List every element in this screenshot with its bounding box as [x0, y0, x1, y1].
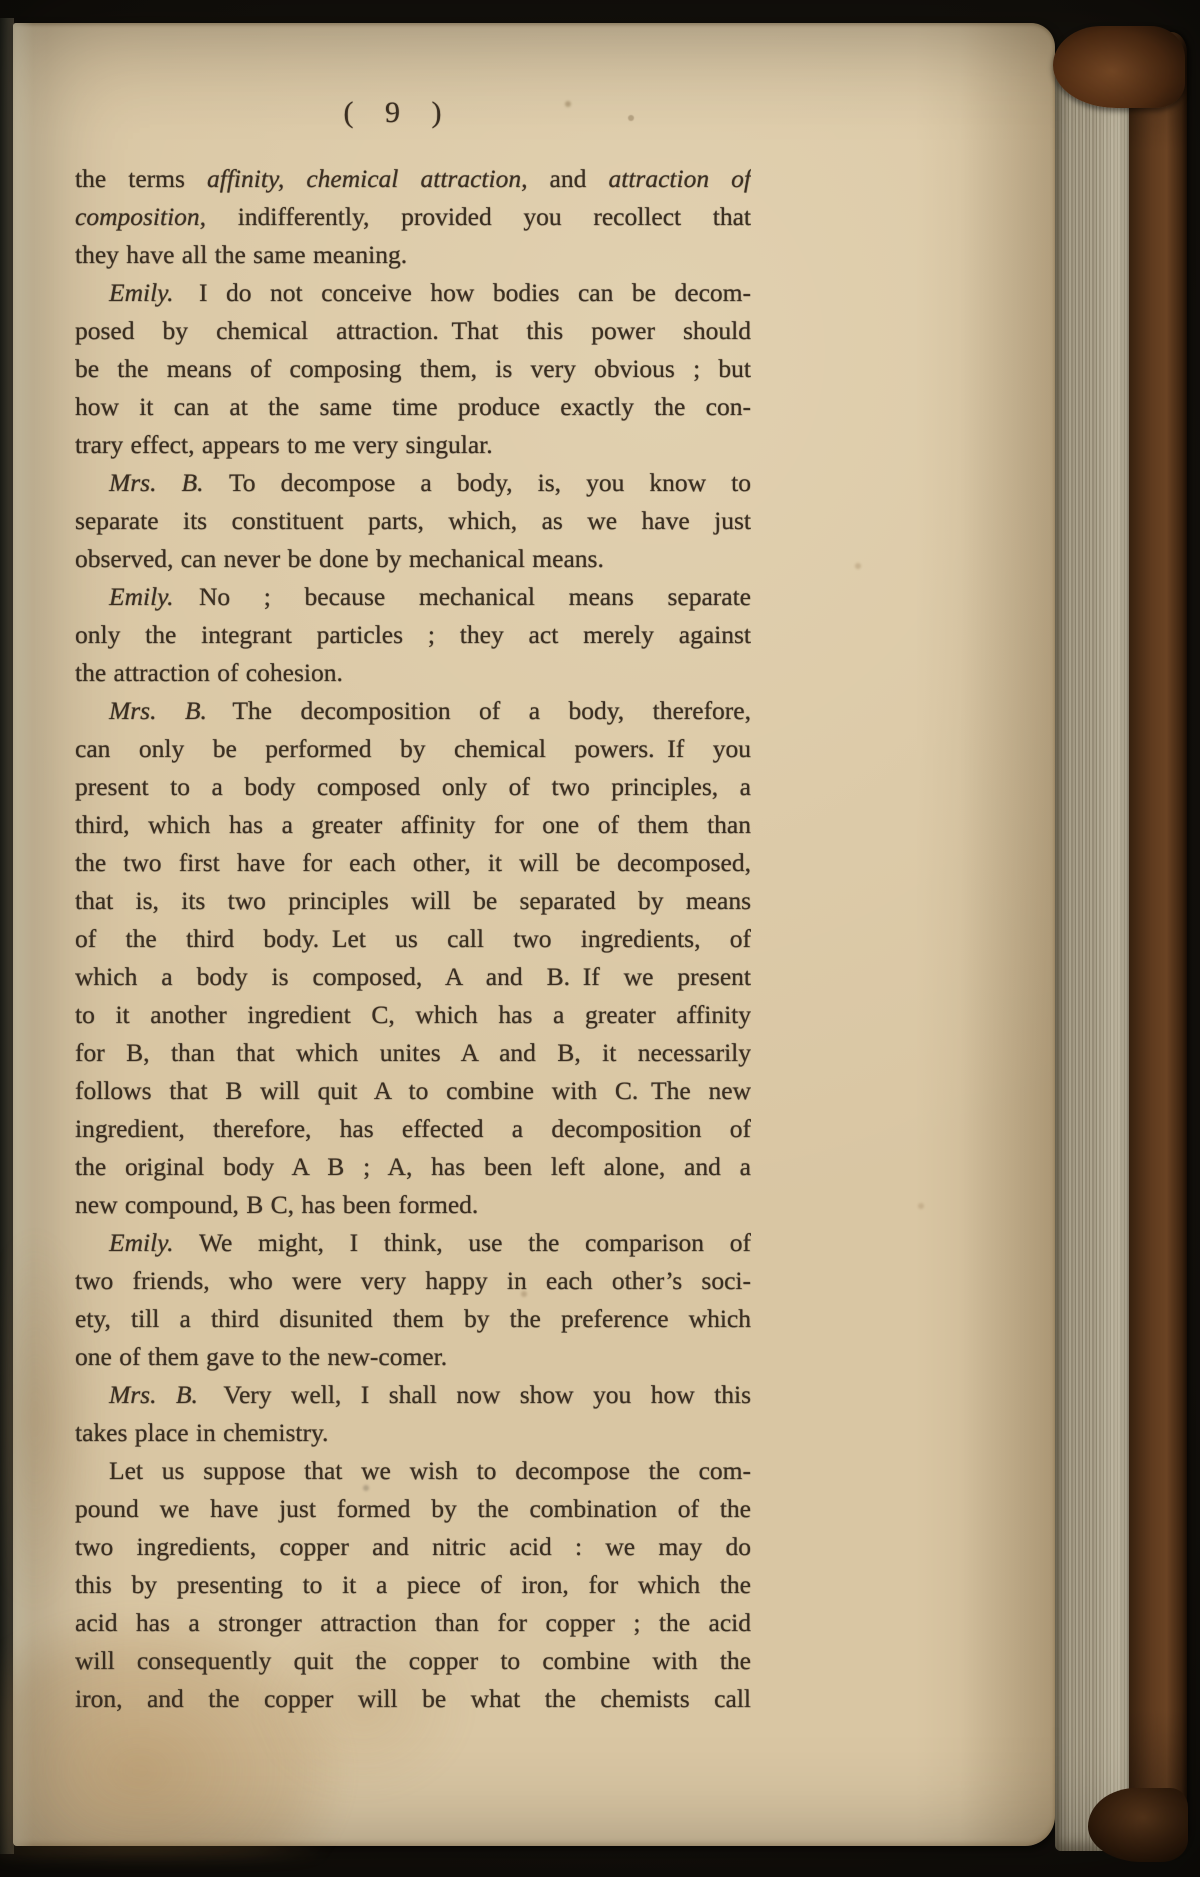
text-line: Emily. No ; because mechanical means sep…: [75, 578, 751, 616]
text-line: ety, till a third disunited them by the …: [75, 1300, 751, 1338]
text-line: observed, can never be done by mechanica…: [75, 540, 751, 578]
text-block: the terms affinity, chemical attraction,…: [75, 160, 751, 1718]
text-line: composition, indifferently, provided you…: [75, 198, 751, 236]
text-line: two ingredients, copper and nitric acid …: [75, 1528, 751, 1566]
text-line: two friends, who were very happy in each…: [75, 1262, 751, 1300]
text-line: that is, its two principles will be sepa…: [75, 882, 751, 920]
text-line: trary effect, appears to me very singula…: [75, 426, 751, 464]
text-line: Emily. We might, I think, use the compar…: [75, 1224, 751, 1262]
text-line: third, which has a greater affinity for …: [75, 806, 751, 844]
text-line: the attraction of cohesion.: [75, 654, 751, 692]
text-line: the terms affinity, chemical attraction,…: [75, 160, 751, 198]
page-edge-highlight: [13, 23, 33, 1846]
text-line: new compound, B C, has been formed.: [75, 1186, 751, 1224]
text-line: Emily. I do not conceive how bodies can …: [75, 274, 751, 312]
text-line: pound we have just formed by the combina…: [75, 1490, 751, 1528]
text-line: they have all the same meaning.: [75, 236, 751, 274]
text-line: iron, and the copper will be what the ch…: [75, 1680, 751, 1718]
text-line: of the third body. Let us call two ingre…: [75, 920, 751, 958]
book-page: ( 9 ) the terms affinity, chemical attra…: [13, 23, 1055, 1846]
text-line: the original body A B ; A, has been left…: [75, 1148, 751, 1186]
paper-specks: [13, 23, 19, 29]
text-line: how it can at the same time produce exac…: [75, 388, 751, 426]
text-line: to it another ingredient C, which has a …: [75, 996, 751, 1034]
text-line: Mrs. B. The decomposition of a body, the…: [75, 692, 751, 730]
text-line: for B, than that which unites A and B, i…: [75, 1034, 751, 1072]
text-line: one of them gave to the new-comer.: [75, 1338, 751, 1376]
text-line: posed by chemical attraction. That this …: [75, 312, 751, 350]
page-curvature-shadow: [915, 23, 1055, 1846]
text-line: the two first have for each other, it wi…: [75, 844, 751, 882]
text-line: can only be performed by chemical powers…: [75, 730, 751, 768]
text-line: ingredient, therefore, has effected a de…: [75, 1110, 751, 1148]
text-line: Mrs. B. To decompose a body, is, you kno…: [75, 464, 751, 502]
text-line: only the integrant particles ; they act …: [75, 616, 751, 654]
text-line: this by presenting to it a piece of iron…: [75, 1566, 751, 1604]
text-line: separate its constituent parts, which, a…: [75, 502, 751, 540]
text-line: Mrs. B. Very well, I shall now show you …: [75, 1376, 751, 1414]
text-line: be the means of composing them, is very …: [75, 350, 751, 388]
text-line: will consequently quit the copper to com…: [75, 1642, 751, 1680]
fore-edge-pages: [1055, 54, 1141, 1851]
photo-background: ( 9 ) the terms affinity, chemical attra…: [0, 0, 1200, 1877]
page-number: ( 9 ): [55, 93, 731, 133]
text-line: follows that B will quit A to combine wi…: [75, 1072, 751, 1110]
text-line: present to a body composed only of two p…: [75, 768, 751, 806]
text-line: takes place in chemistry.: [75, 1414, 751, 1452]
text-line: Let us suppose that we wish to decompose…: [75, 1452, 751, 1490]
book-cover-edge-left: [0, 18, 14, 1854]
text-line: acid has a stronger attraction than for …: [75, 1604, 751, 1642]
text-line: which a body is composed, A and B. If we…: [75, 958, 751, 996]
